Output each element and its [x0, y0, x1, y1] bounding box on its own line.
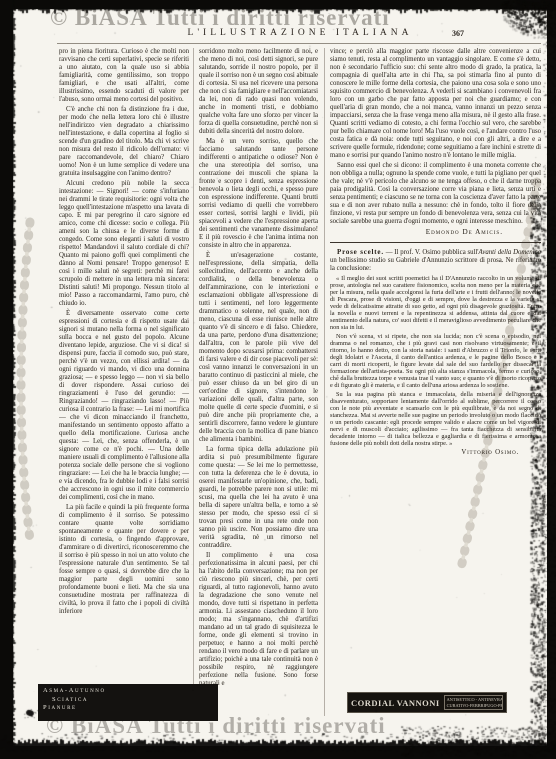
paragraph: È diversamente osservato come certe espr…: [59, 310, 189, 502]
article-paragraph: vince; e perciò alla maggior parte risco…: [330, 48, 541, 160]
column-rule-1: [193, 48, 194, 710]
text-column-1: pro in piena fioritura. Curioso è che mo…: [59, 48, 189, 680]
paragraph: Ma è un vero sorriso, quello che facciam…: [199, 138, 318, 250]
section-rule: [330, 242, 541, 243]
prose-intro-pre: — Il prof. V. Osimo pubblica sull': [384, 249, 479, 256]
paragraph: pro in piena fioritura. Curioso è che mo…: [59, 48, 189, 104]
ad-left-line: Pianure: [43, 704, 213, 713]
header-rule: [57, 43, 541, 44]
text-column-3: vince; e perciò alla maggior parte risco…: [330, 48, 541, 716]
paragraph: Alcuni credono più nobile la secca intes…: [59, 180, 189, 308]
paragraph: È un'esagerazione costante, nell'espress…: [199, 252, 318, 444]
quote-paragraph: « Il meglio dei suoi scritti poemetici h…: [330, 275, 541, 331]
article-paragraph: Sanno essi quel che si dicono: il compli…: [330, 162, 541, 226]
ad-right-title: CORDIAL VANNONI: [351, 698, 440, 708]
column-rule-2: [324, 48, 325, 716]
quote-paragraph: Su la sua pagina più stanca e immacolata…: [330, 391, 541, 447]
masthead-title: L'ILLUSTRAZIONE ITALIANA: [59, 28, 541, 38]
paragraph: La forma tipica della adulazione più ard…: [199, 446, 318, 550]
paragraph: C'è anche chi non fa distinzione fra i d…: [59, 106, 189, 178]
prose-scelte-heading: Prose scelte.: [337, 248, 384, 256]
quote-signature: Vittorio Osimo.: [330, 449, 541, 456]
ad-right-subline: CURATIVO-FEBBRIFUGO-PRESERVATIVO: [447, 703, 500, 708]
scanned-page-viewer: © BiASA Tutti i diritti riservati © BiAS…: [0, 0, 556, 759]
ad-right-sublines: ANTISETTICO - ANTINEVRALGICO CURATIVO-FE…: [444, 695, 503, 710]
advertisement-right: CORDIAL VANNONI ANTISETTICO - ANTINEVRAL…: [347, 692, 507, 713]
prose-intro-post: un bellissimo studio su Gabriele d'Annun…: [330, 257, 541, 272]
page-number: 367: [452, 29, 464, 38]
ad-left-line: Asma-Autunno: [43, 687, 213, 696]
paragraph: La più facile e quindi la più frequente …: [59, 504, 189, 616]
prose-intro-journal-title: Avanti della Domenica: [479, 249, 541, 256]
article-signature: Edmondo De Amicis.: [330, 228, 541, 236]
paragraph: sorridono molto meno facilmente di noi, …: [199, 48, 318, 136]
advertisement-left: Asma-Autunno Sciatica Pianure: [38, 684, 218, 721]
text-column-2: sorridono molto meno facilmente di noi, …: [199, 48, 318, 716]
ad-left-line: Sciatica: [43, 696, 213, 705]
prose-scelte-intro: Prose scelte. — Il prof. V. Osimo pubbli…: [330, 248, 541, 273]
paragraph: Il complimento è una cosa perfezionatiss…: [199, 552, 318, 688]
quote-paragraph: Non v'è scena, vi si ripete, che non sia…: [330, 333, 541, 389]
quote-block: « Il meglio dei suoi scritti poemetici h…: [330, 275, 541, 456]
